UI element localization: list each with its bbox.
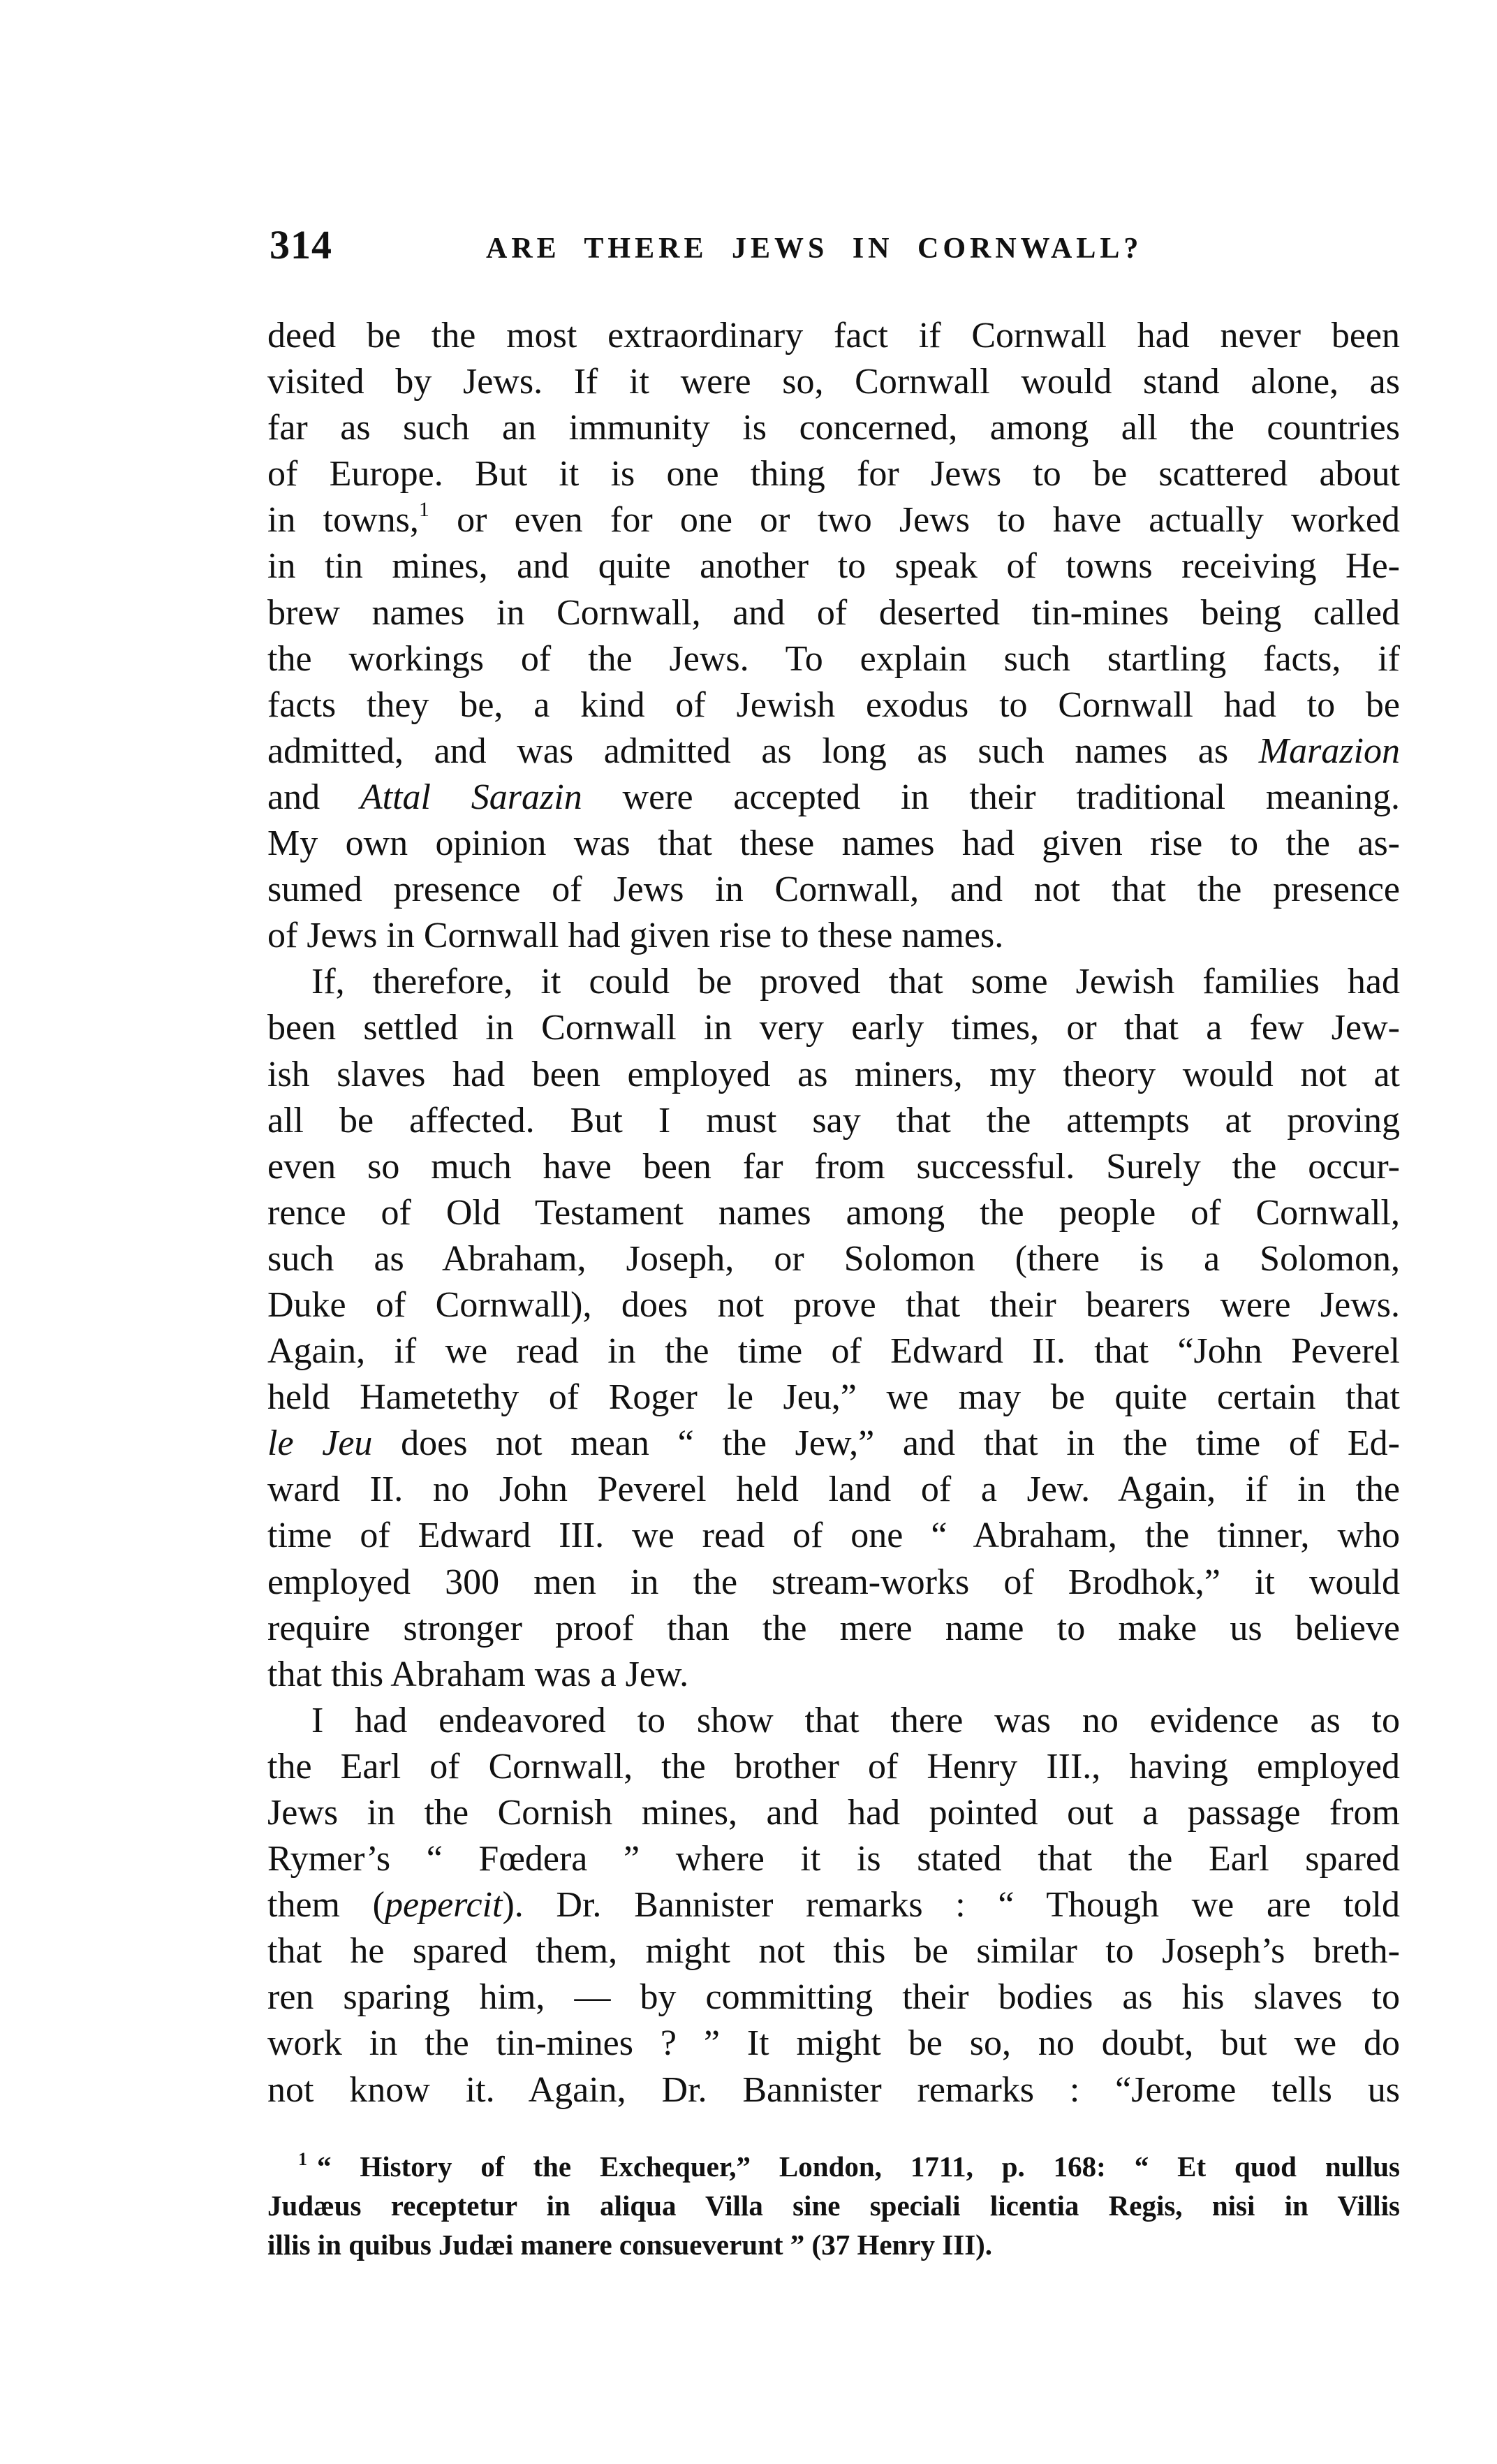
text-line: of Europe. But it is one thing for Jews … (267, 451, 1400, 497)
text-line: My own opinion was that these names had … (267, 821, 1400, 867)
line-text: ward II. no John Peverel held land of a … (267, 1469, 1400, 1509)
line-text: all be affected. But I must say that the… (267, 1101, 1400, 1141)
footnote-marker: 1 (298, 2149, 307, 2169)
line-text: time of Edward III. we read of one “ Abr… (267, 1516, 1400, 1555)
line-text: that this Abraham was a Jew. (267, 1655, 688, 1694)
text-line: ren sparing him, — by committing their b… (267, 1974, 1400, 2021)
line-text: I had endeavored to show that there was … (311, 1701, 1400, 1740)
text-line: them (pepercit). Dr. Bannister remarks :… (267, 1882, 1400, 1928)
text-line: Jews in the Cornish mines, and had point… (267, 1790, 1400, 1836)
text-line: held Hametethy of Roger le Jeu,” we may … (267, 1374, 1400, 1421)
text-line-content: admitted, and was admitted as long as su… (267, 728, 1400, 775)
text-line: ish slaves had been employed as miners, … (267, 1052, 1400, 1098)
line-text: My own opinion was that these names had … (267, 823, 1400, 863)
italic-term: le Jeu (267, 1423, 372, 1463)
text-line: le Jeu does not mean “ the Jew,” and tha… (267, 1421, 1400, 1467)
page-number: 314 (270, 222, 332, 268)
text-line-content: visited by Jews. If it were so, Cornwall… (267, 359, 1400, 405)
line-text: facts they be, a kind of Jewish exodus t… (267, 685, 1400, 725)
line-text: in tin mines, and quite another to speak… (267, 546, 1400, 586)
text-line-content: Duke of Cornwall), does not prove that t… (267, 1282, 1400, 1328)
line-text: held Hametethy of Roger le Jeu,” we may … (267, 1377, 1400, 1417)
text-line-content: that this Abraham was a Jew. (267, 1652, 1400, 1698)
text-line-content: ward II. no John Peverel held land of a … (267, 1467, 1400, 1513)
text-line: not know it. Again, Dr. Bannister remark… (267, 2067, 1400, 2113)
italic-term: Attal Sarazin (360, 777, 582, 817)
footnote-line: illis in quibus Judæi manere consueverun… (267, 2225, 1400, 2264)
line-text: of Jews in Cornwall had given rise to th… (267, 916, 1003, 955)
text-line-content: brew names in Cornwall, and of deserted … (267, 590, 1400, 636)
line-text: the Earl of Cornwall, the brother of Hen… (267, 1747, 1400, 1787)
text-line: time of Edward III. we read of one “ Abr… (267, 1513, 1400, 1559)
text-line-content: held Hametethy of Roger le Jeu,” we may … (267, 1374, 1400, 1421)
text-line: employed 300 men in the stream-works of … (267, 1560, 1400, 1606)
text-line: deed be the most extraordinary fact if C… (267, 313, 1400, 359)
line-text: Jews in the Cornish mines, and had point… (267, 1793, 1400, 1833)
line-text: ish slaves had been employed as miners, … (267, 1055, 1400, 1094)
text-line-content: far as such an immunity is concerned, am… (267, 405, 1400, 451)
text-line: ward II. no John Peverel held land of a … (267, 1467, 1400, 1513)
footnote-text: Judæus receptetur in aliqua Villa sine s… (267, 2190, 1400, 2222)
text-line: of Jews in Cornwall had given rise to th… (267, 913, 1400, 959)
text-line-content: I had endeavored to show that there was … (311, 1698, 1400, 1744)
line-text: does not mean “ the Jew,” and that in th… (372, 1423, 1400, 1463)
text-line: If, therefore, it could be proved that s… (267, 959, 1400, 1005)
line-text: that he spared them, might not this be s… (267, 1931, 1400, 1971)
text-line-content: in towns,1 or even for one or two Jews t… (267, 497, 1400, 543)
line-text: work in the tin-mines ? ” It might be so… (267, 2023, 1400, 2063)
running-title: ARE THERE JEWS IN CORNWALL? (486, 229, 1142, 268)
body-text: deed be the most extraordinary fact if C… (267, 313, 1400, 2113)
text-line-content: Again, if we read in the time of Edward … (267, 1328, 1400, 1374)
text-line-content: Jews in the Cornish mines, and had point… (267, 1790, 1400, 1836)
text-line: in tin mines, and quite another to speak… (267, 543, 1400, 589)
footnote-text: illis in quibus Judæi manere consueverun… (267, 2229, 992, 2261)
text-line: Again, if we read in the time of Edward … (267, 1328, 1400, 1374)
text-line-content: sumed presence of Jews in Cornwall, and … (267, 867, 1400, 913)
running-head: 314 ARE THERE JEWS IN CORNWALL? (270, 222, 1177, 271)
line-text: not know it. Again, Dr. Bannister remark… (267, 2070, 1400, 2110)
line-text: been settled in Cornwall in very early t… (267, 1008, 1400, 1048)
text-line: that he spared them, might not this be s… (267, 1928, 1400, 1974)
line-text: ren sparing him, — by committing their b… (267, 1977, 1400, 2017)
line-text: deed be the most extraordinary fact if C… (267, 316, 1400, 355)
line-text: such as Abraham, Joseph, or Solomon (the… (267, 1239, 1400, 1279)
footnote-line: Judæus receptetur in aliqua Villa sine s… (267, 2186, 1400, 2225)
line-text: Rymer’s “ Fœdera ” where it is stated th… (267, 1839, 1400, 1879)
footnote-line-content: Judæus receptetur in aliqua Villa sine s… (267, 2186, 1400, 2225)
line-text: visited by Jews. If it were so, Cornwall… (267, 362, 1400, 402)
text-line-content: of Jews in Cornwall had given rise to th… (267, 913, 1400, 959)
line-text: of Europe. But it is one thing for Jews … (267, 454, 1400, 494)
text-line-content: even so much have been far from successf… (267, 1144, 1400, 1190)
line-text: them ( (267, 1885, 385, 1925)
text-line: in towns,1 or even for one or two Jews t… (267, 497, 1400, 543)
text-line: brew names in Cornwall, and of deserted … (267, 590, 1400, 636)
text-line-content: require stronger proof than the mere nam… (267, 1606, 1400, 1652)
line-text: or even for one or two Jews to have actu… (429, 500, 1400, 540)
text-line-content: ren sparing him, — by committing their b… (267, 1974, 1400, 2021)
footnote-line-content: 1“ History of the Exchequer,” London, 17… (298, 2147, 1400, 2186)
text-line: far as such an immunity is concerned, am… (267, 405, 1400, 451)
line-text: and (267, 777, 360, 817)
italic-term: pepercit (385, 1885, 502, 1925)
text-line: Duke of Cornwall), does not prove that t… (267, 1282, 1400, 1328)
text-line-content: not know it. Again, Dr. Bannister remark… (267, 2067, 1400, 2113)
text-line: Rymer’s “ Fœdera ” where it is stated th… (267, 1836, 1400, 1882)
line-text: were accepted in their traditional meani… (582, 777, 1400, 817)
text-line-content: such as Abraham, Joseph, or Solomon (the… (267, 1236, 1400, 1282)
text-line-content: that he spared them, might not this be s… (267, 1928, 1400, 1974)
text-line-content: My own opinion was that these names had … (267, 821, 1400, 867)
text-line-content: and Attal Sarazin were accepted in their… (267, 775, 1400, 821)
text-line-content: time of Edward III. we read of one “ Abr… (267, 1513, 1400, 1559)
text-line-content: employed 300 men in the stream-works of … (267, 1560, 1400, 1606)
text-line: even so much have been far from successf… (267, 1144, 1400, 1190)
footnote-line-content: illis in quibus Judæi manere consueverun… (267, 2225, 1400, 2264)
text-line: been settled in Cornwall in very early t… (267, 1005, 1400, 1051)
text-line: the Earl of Cornwall, the brother of Hen… (267, 1744, 1400, 1790)
italic-term: Marazion (1259, 731, 1400, 771)
text-line: work in the tin-mines ? ” It might be so… (267, 2021, 1400, 2067)
line-text: Duke of Cornwall), does not prove that t… (267, 1285, 1400, 1325)
text-line-content: been settled in Cornwall in very early t… (267, 1005, 1400, 1051)
line-text: require stronger proof than the mere nam… (267, 1608, 1400, 1648)
text-line: admitted, and was admitted as long as su… (267, 728, 1400, 775)
text-line-content: Rymer’s “ Fœdera ” where it is stated th… (267, 1836, 1400, 1882)
text-line-content: the Earl of Cornwall, the brother of Hen… (267, 1744, 1400, 1790)
line-text: in towns, (267, 500, 419, 540)
text-line-content: of Europe. But it is one thing for Jews … (267, 451, 1400, 497)
line-text: sumed presence of Jews in Cornwall, and … (267, 870, 1400, 909)
text-line: require stronger proof than the mere nam… (267, 1606, 1400, 1652)
line-text: admitted, and was admitted as long as su… (267, 731, 1259, 771)
text-line: the workings of the Jews. To explain suc… (267, 636, 1400, 682)
text-line-content: ish slaves had been employed as miners, … (267, 1052, 1400, 1098)
footnote-line: 1“ History of the Exchequer,” London, 17… (267, 2147, 1400, 2186)
line-text: employed 300 men in the stream-works of … (267, 1562, 1400, 1602)
footnotes: 1“ History of the Exchequer,” London, 17… (267, 2147, 1400, 2264)
text-line: that this Abraham was a Jew. (267, 1652, 1400, 1698)
line-text: far as such an immunity is concerned, am… (267, 408, 1400, 448)
footnote-text: “ History of the Exchequer,” London, 171… (317, 2150, 1400, 2183)
text-line-content: deed be the most extraordinary fact if C… (267, 313, 1400, 359)
text-line-content: le Jeu does not mean “ the Jew,” and tha… (267, 1421, 1400, 1467)
line-text: If, therefore, it could be proved that s… (311, 962, 1400, 1002)
line-text: the workings of the Jews. To explain suc… (267, 639, 1400, 679)
text-line-content: in tin mines, and quite another to speak… (267, 543, 1400, 589)
line-text: rence of Old Testament names among the p… (267, 1193, 1400, 1233)
text-line-content: the workings of the Jews. To explain suc… (267, 636, 1400, 682)
footnote-reference[interactable]: 1 (419, 498, 429, 521)
text-line-content: them (pepercit). Dr. Bannister remarks :… (267, 1882, 1400, 1928)
text-line: all be affected. But I must say that the… (267, 1098, 1400, 1144)
line-text: even so much have been far from successf… (267, 1147, 1400, 1187)
text-line: visited by Jews. If it were so, Cornwall… (267, 359, 1400, 405)
text-line-content: work in the tin-mines ? ” It might be so… (267, 2021, 1400, 2067)
text-line: I had endeavored to show that there was … (267, 1698, 1400, 1744)
book-page: 314 ARE THERE JEWS IN CORNWALL? deed be … (0, 0, 1497, 2464)
text-line: facts they be, a kind of Jewish exodus t… (267, 682, 1400, 728)
line-text: ). Dr. Bannister remarks : “ Though we a… (502, 1885, 1400, 1925)
text-line-content: If, therefore, it could be proved that s… (311, 959, 1400, 1005)
line-text: Again, if we read in the time of Edward … (267, 1331, 1400, 1371)
text-line-content: facts they be, a kind of Jewish exodus t… (267, 682, 1400, 728)
line-text: brew names in Cornwall, and of deserted … (267, 593, 1400, 633)
text-line-content: rence of Old Testament names among the p… (267, 1190, 1400, 1236)
text-line: and Attal Sarazin were accepted in their… (267, 775, 1400, 821)
text-line: such as Abraham, Joseph, or Solomon (the… (267, 1236, 1400, 1282)
text-line: rence of Old Testament names among the p… (267, 1190, 1400, 1236)
text-line-content: all be affected. But I must say that the… (267, 1098, 1400, 1144)
text-line: sumed presence of Jews in Cornwall, and … (267, 867, 1400, 913)
